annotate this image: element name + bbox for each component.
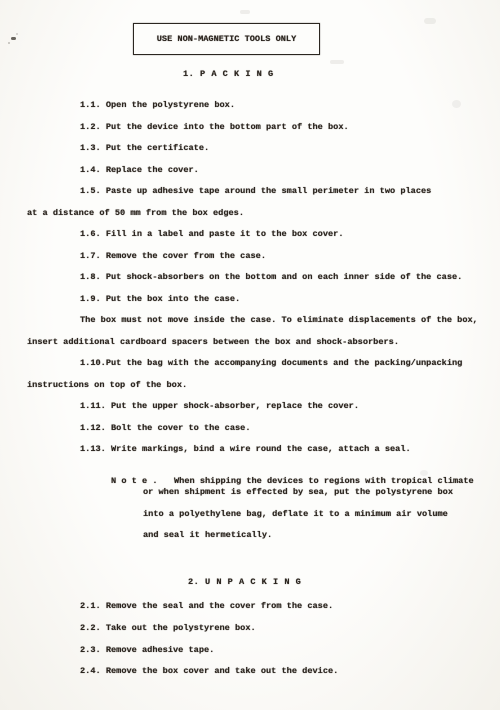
packing-section-body: 1.1. Open the polystyrene box. 1.2. Put … bbox=[27, 100, 497, 552]
document-line: 2.2. Take out the polystyrene box. bbox=[27, 623, 497, 645]
document-line: 1.2. Put the device into the bottom part… bbox=[27, 122, 497, 144]
note-label: N o t e . bbox=[111, 476, 174, 486]
document-line: 1.6. Fill in a label and paste it to the… bbox=[27, 229, 497, 251]
note-line: and seal it hermetically. bbox=[27, 530, 497, 552]
document-line: instructions on top of the box. bbox=[27, 380, 497, 402]
section-title-unpacking: 2. U N P A C K I N G bbox=[188, 577, 301, 587]
scan-speckle bbox=[11, 37, 16, 40]
document-line: insert additional cardboard spacers betw… bbox=[27, 337, 497, 359]
scanned-document-page: USE NON-MAGNETIC TOOLS ONLY 1. P A C K I… bbox=[0, 0, 500, 710]
note-line: into a polyethylene bag, deflate it to a… bbox=[27, 509, 497, 531]
scan-speckle bbox=[420, 470, 428, 476]
note-line: When shipping the devices to regions wit… bbox=[174, 476, 474, 486]
scan-speckle bbox=[424, 18, 436, 24]
section-title-packing: 1. P A C K I N G bbox=[183, 69, 274, 79]
document-line: 1.7. Remove the cover from the case. bbox=[27, 251, 497, 273]
document-line: 1.13. Write markings, bind a wire round … bbox=[27, 444, 497, 466]
document-line: at a distance of 50 mm from the box edge… bbox=[27, 208, 497, 230]
document-line: 2.4. Remove the box cover and take out t… bbox=[27, 666, 497, 688]
warning-text: USE NON-MAGNETIC TOOLS ONLY bbox=[157, 34, 297, 44]
document-line: 1.12. Bolt the cover to the case. bbox=[27, 423, 497, 445]
document-line: 2.1. Remove the seal and the cover from … bbox=[27, 601, 497, 623]
document-line: 1.1. Open the polystyrene box. bbox=[27, 100, 497, 122]
document-line: 1.5. Paste up adhesive tape around the s… bbox=[27, 186, 497, 208]
scan-speckle bbox=[452, 100, 461, 108]
document-line: 1.3. Put the certificate. bbox=[27, 143, 497, 165]
document-line: 1.9. Put the box into the case. bbox=[27, 294, 497, 316]
note-row: N o t e .When shipping the devices to re… bbox=[27, 466, 497, 488]
scan-speckle bbox=[330, 60, 344, 64]
unpacking-section-body: 2.1. Remove the seal and the cover from … bbox=[27, 601, 497, 688]
scan-speckle bbox=[8, 42, 10, 44]
warning-box: USE NON-MAGNETIC TOOLS ONLY bbox=[133, 23, 320, 55]
scan-speckle bbox=[16, 33, 18, 35]
document-line: 1.8. Put shock-absorbers on the bottom a… bbox=[27, 272, 497, 294]
document-line: 2.3. Remove adhesive tape. bbox=[27, 645, 497, 667]
document-line: 1.11. Put the upper shock-absorber, repl… bbox=[27, 401, 497, 423]
document-line: The box must not move inside the case. T… bbox=[27, 315, 497, 337]
document-line: 1.4. Replace the cover. bbox=[27, 165, 497, 187]
document-line: 1.10.Put the bag with the accompanying d… bbox=[27, 358, 497, 380]
scan-speckle bbox=[240, 10, 250, 14]
